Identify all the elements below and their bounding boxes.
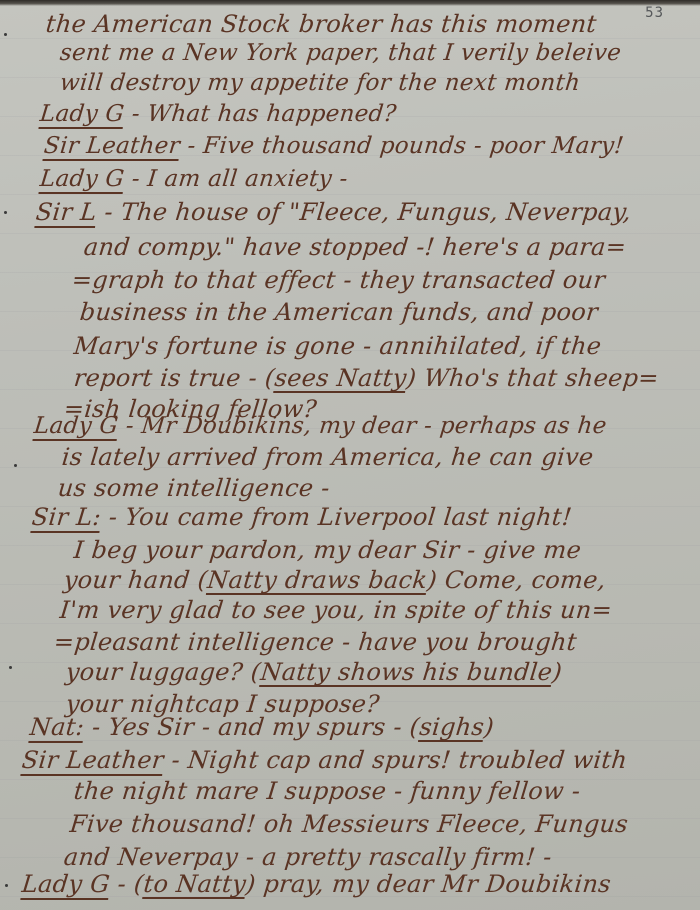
- line-text: business in the American funds, and poor: [79, 298, 600, 326]
- margin-mark: [9, 666, 12, 669]
- line-text: and compy." have stopped -! here's a par…: [83, 233, 628, 261]
- manuscript-line: your luggage? (Natty shows his bundle): [65, 658, 564, 686]
- manuscript-line: Mary's fortune is gone - annihilated, if…: [73, 332, 603, 360]
- line-text: is lately arrived from America, he can g…: [61, 443, 595, 471]
- manuscript-page: 53 the American Stock broker has this mo…: [0, 0, 700, 910]
- stage-direction: sighs: [418, 713, 486, 741]
- line-text: the night mare I suppose - funny fellow …: [73, 777, 582, 805]
- line-text: - Mr Doubikins, my dear - perhaps as he: [124, 413, 608, 439]
- line-text: - Night cap and spurs! troubled with: [170, 746, 629, 774]
- dialogue-line: Lady G - Mr Doubikins, my dear - perhaps…: [33, 413, 608, 439]
- dialogue-line: Lady G - What has happened?: [39, 101, 398, 127]
- manuscript-line: will destroy my appetite for the next mo…: [59, 70, 582, 96]
- line-text: - I am all anxiety -: [130, 166, 349, 192]
- line-text-before: - (: [116, 870, 145, 898]
- manuscript-line: business in the American funds, and poor: [79, 298, 600, 326]
- line-text-after: ) Who's that sheep=: [405, 364, 660, 392]
- stage-direction: Natty draws back: [206, 566, 429, 594]
- line-text: will destroy my appetite for the next mo…: [59, 70, 582, 96]
- line-text-after: ): [551, 658, 564, 686]
- line-text-before: your hand (: [63, 566, 209, 594]
- dialogue-line: Lady G - (to Natty) pray, my dear Mr Dou…: [21, 870, 613, 898]
- dialogue-line: Sir L: - You came from Liverpool last ni…: [31, 503, 574, 531]
- line-text: - You came from Liverpool last night!: [108, 503, 574, 531]
- line-text: sent me a New York paper, that I verily …: [59, 40, 623, 66]
- line-text: - Five thousand pounds - poor Mary!: [186, 133, 625, 159]
- line-text: the American Stock broker has this momen…: [45, 10, 598, 38]
- line-text-after: ): [483, 713, 496, 741]
- line-text: =pleasant intelligence - have you brough…: [53, 628, 579, 656]
- manuscript-line: report is true - (sees Natty) Who's that…: [73, 364, 661, 392]
- line-text-before: report is true - (: [73, 364, 277, 392]
- line-text: us some intelligence -: [57, 474, 332, 502]
- dialogue-line: Sir Leather - Night cap and spurs! troub…: [21, 746, 629, 774]
- dialogue-line: Nat: - Yes Sir - and my spurs - (sighs): [29, 713, 496, 741]
- speaker-name: Lady G: [21, 870, 112, 898]
- page-top-edge: [0, 0, 700, 6]
- manuscript-line: and compy." have stopped -! here's a par…: [83, 233, 628, 261]
- manuscript-line: is lately arrived from America, he can g…: [61, 443, 595, 471]
- line-text: I beg your pardon, my dear Sir - give me: [73, 536, 583, 564]
- speaker-name: Lady G: [39, 166, 126, 192]
- margin-mark: [4, 211, 7, 214]
- line-text: Five thousand! oh Messieurs Fleece, Fung…: [69, 810, 630, 838]
- manuscript-line: and Neverpay - a pretty rascally firm! -: [63, 843, 554, 871]
- manuscript-line: your hand (Natty draws back) Come, come,: [63, 566, 608, 594]
- manuscript-line: I beg your pardon, my dear Sir - give me: [73, 536, 583, 564]
- speaker-name: Nat:: [29, 713, 86, 741]
- manuscript-line: the night mare I suppose - funny fellow …: [73, 777, 582, 805]
- page-number: 53: [645, 5, 664, 21]
- speaker-name: Lady G: [39, 101, 126, 127]
- line-text: - The house of "Fleece, Fungus, Neverpay…: [103, 198, 633, 226]
- manuscript-line: I'm very glad to see you, in spite of th…: [59, 596, 614, 624]
- manuscript-line: the American Stock broker has this momen…: [45, 10, 598, 38]
- line-text: - What has happened?: [130, 101, 397, 127]
- line-text: I'm very glad to see you, in spite of th…: [59, 596, 614, 624]
- line-text-after: ) pray, my dear Mr Doubikins: [245, 870, 613, 898]
- line-text-before: - Yes Sir - and my spurs - (: [91, 713, 421, 741]
- manuscript-line: =pleasant intelligence - have you brough…: [53, 628, 579, 656]
- margin-mark: [5, 884, 8, 887]
- margin-mark: [4, 33, 7, 36]
- speaker-name: Sir Leather: [43, 133, 182, 159]
- speaker-name: Lady G: [33, 413, 120, 439]
- line-text: and Neverpay - a pretty rascally firm! -: [63, 843, 554, 871]
- line-text: Mary's fortune is gone - annihilated, if…: [73, 332, 603, 360]
- line-text-after: ) Come, come,: [426, 566, 607, 594]
- dialogue-line: Sir L - The house of "Fleece, Fungus, Ne…: [35, 198, 633, 226]
- stage-direction: to Natty: [142, 870, 247, 898]
- stage-direction: sees Natty: [273, 364, 408, 392]
- line-text: =graph to that effect - they transacted …: [71, 266, 607, 294]
- speaker-name: Sir L: [35, 198, 99, 226]
- line-text-before: your luggage? (: [65, 658, 263, 686]
- manuscript-line: Five thousand! oh Messieurs Fleece, Fung…: [69, 810, 630, 838]
- speaker-name: Sir L:: [31, 503, 103, 531]
- manuscript-line: sent me a New York paper, that I verily …: [59, 40, 623, 66]
- margin-mark: [14, 464, 17, 467]
- speaker-name: Sir Leather: [21, 746, 166, 774]
- dialogue-line: Sir Leather - Five thousand pounds - poo…: [43, 133, 626, 159]
- manuscript-line: =graph to that effect - they transacted …: [71, 266, 607, 294]
- stage-direction: Natty shows his bundle: [259, 658, 554, 686]
- manuscript-line: us some intelligence -: [57, 474, 332, 502]
- dialogue-line: Lady G - I am all anxiety -: [39, 166, 349, 192]
